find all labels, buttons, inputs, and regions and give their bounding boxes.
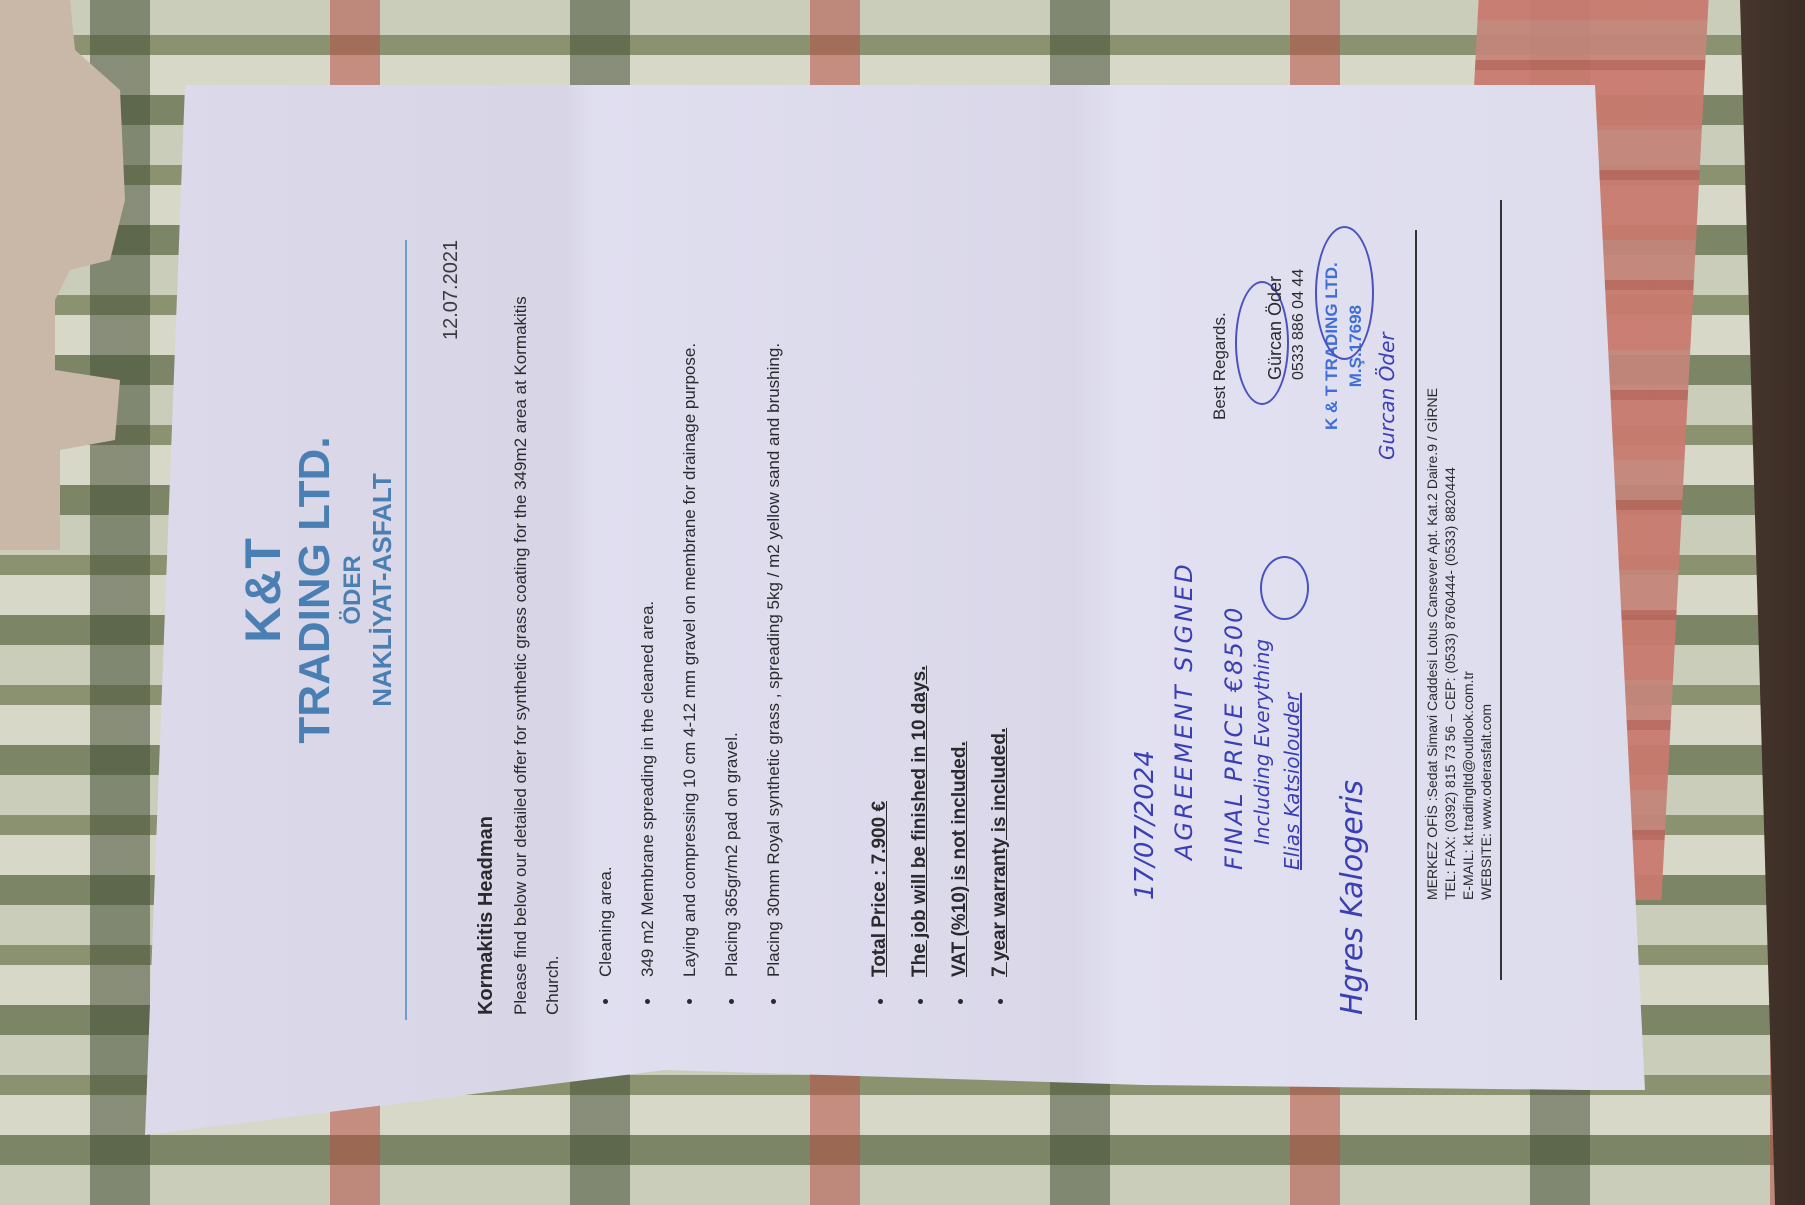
terms-list: Total Price : 7.900 € The job will be fi… [860, 207, 1020, 1015]
signer-name: Gürcan Öder [1265, 276, 1286, 380]
letter-date: 12.07.2021 [440, 240, 463, 340]
footer-website: WEBSITE: www.oderasfalt.com [1477, 200, 1495, 900]
handwritten-agreement: AGREEMENT SIGNED [1170, 561, 1198, 860]
footer-email: E-MAIL: kt.tradingltd@outlook.com.tr [1459, 200, 1477, 900]
term-warranty: 7 year warranty is included. [980, 207, 1020, 987]
handwritten-gurcan: Gurcan Öder [1375, 332, 1399, 460]
handwritten-final-price: FINAL PRICE €8500 [1220, 606, 1248, 870]
term-duration: The job will be finished in 10 days. [900, 207, 940, 987]
footer-divider [1415, 230, 1417, 1020]
handwritten-elias: Elias Katsiolouder [1280, 693, 1304, 870]
footer-phones: TEL: FAX: (0392) 815 73 56 – CEP: (0533)… [1441, 200, 1459, 900]
term-vat: VAT (%10) is not included. [940, 207, 980, 987]
company-letterhead: K&T TRADING LTD. ÖDER NAKLİYAT-ASFALT [235, 390, 397, 790]
letterhead-logo: K&T [235, 390, 291, 790]
bottom-divider [1500, 200, 1502, 980]
handwritten-including: Including Everything [1250, 639, 1274, 845]
signer-phone: 0533 886 04 44 [1290, 269, 1308, 380]
company-footer: MERKEZ OFİS :Sedat Simavi Caddesi Lotus … [1423, 200, 1495, 900]
handwritten-date: 17/07/2024 [1130, 750, 1160, 900]
stamp-signature-scribble [1315, 226, 1374, 360]
handwritten-kalogeris: Hgres Kalogeris [1335, 780, 1370, 1015]
work-item: 349 m2 Membrane spreading in the cleaned… [627, 207, 669, 987]
letterhead-company: TRADING LTD. [291, 390, 339, 790]
work-items-list: Cleaning area. 349 m2 Membrane spreading… [585, 207, 795, 1015]
work-item: Laying and compressing 10 cm 4-12 mm gra… [669, 207, 711, 987]
work-item: Placing 30mm Royal synthetic grass , spr… [753, 207, 795, 987]
handwritten-signature-scribble [1260, 556, 1309, 620]
letterhead-oder: ÖDER [339, 390, 367, 790]
footer-office: MERKEZ OFİS :Sedat Simavi Caddesi Lotus … [1423, 200, 1441, 900]
addressee: Kormakitis Headman [475, 816, 498, 1015]
work-item: Placing 365gr/m2 pad on gravel. [711, 207, 753, 987]
letterhead-divider [405, 240, 407, 1020]
letterhead-subtitle: NAKLİYAT-ASFALT [367, 390, 397, 790]
closing: Best Regards. [1210, 312, 1230, 420]
intro-paragraph: Please find below our detailed offer for… [505, 255, 569, 1015]
offer-letter: K&T TRADING LTD. ÖDER NAKLİYAT-ASFALT 12… [175, 180, 1415, 1020]
work-item: Cleaning area. [585, 207, 627, 987]
total-price: Total Price : 7.900 € [860, 207, 900, 987]
